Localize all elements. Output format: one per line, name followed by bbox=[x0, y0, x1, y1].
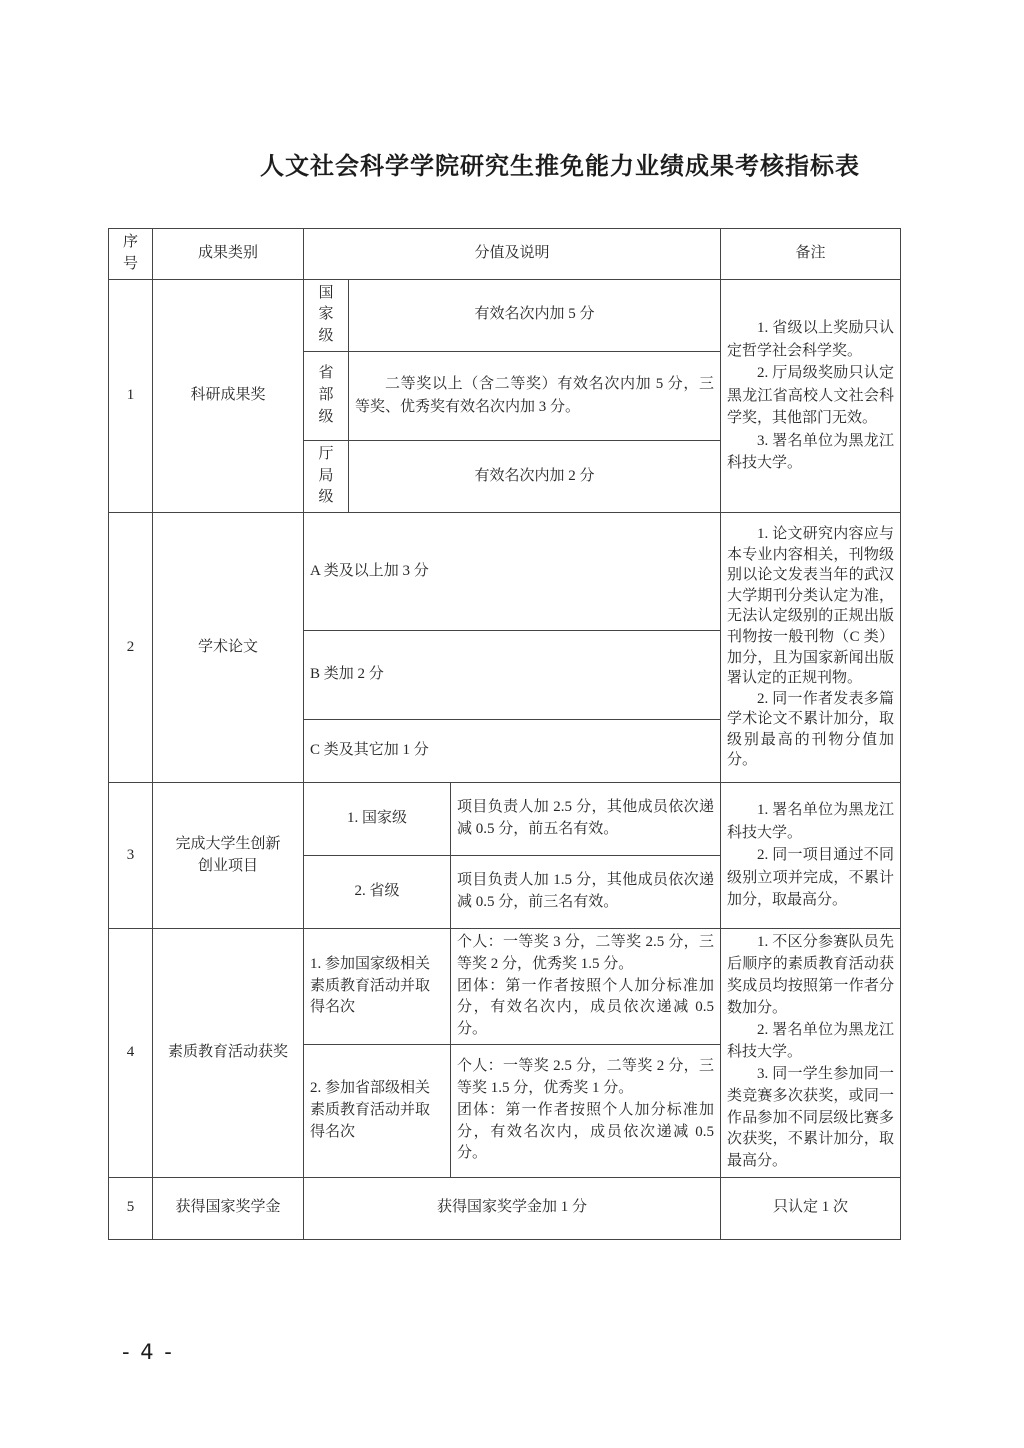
cell-level-label: 1. 国家级 bbox=[304, 783, 451, 856]
remark-paragraph: 2. 厅局级奖励只认定黑龙江省高校人文社会科学奖，其他部门无效。 bbox=[727, 362, 894, 430]
score-desc-paragraph: 团体：第一作者按照个人加分标准加分，有效名次内，成员依次递减 0.5 分。 bbox=[457, 1100, 714, 1165]
score-desc-paragraph: 团体：第一作者按照个人加分标准加分，有效名次内，成员依次递减 0.5 分。 bbox=[457, 976, 714, 1041]
cell-remark: 只认定 1 次 bbox=[721, 1177, 901, 1239]
score-desc-paragraph: 二等奖以上（含二等奖）有效名次内加 5 分，三等奖、优秀奖有效名次内加 3 分。 bbox=[355, 373, 714, 418]
cell-remark: 1. 论文研究内容应与本专业内容相关，刊物级别以论文发表当年的武汉大学期刊分类认… bbox=[721, 513, 901, 783]
score-desc-paragraph: 个人：一等奖 3 分，二等奖 2.5 分，三等奖 2 分，优秀奖 1.5 分。 bbox=[457, 932, 714, 976]
remark-paragraph: 2. 同一项目通过不同级别立项并完成，不累计加分，取最高分。 bbox=[727, 844, 894, 912]
table-row-1a: 1 科研成果奖 国 家 级 有效名次内加 5 分 1. 省级以上奖励只认定哲学社… bbox=[109, 279, 901, 351]
cell-level-label: 省 部 级 bbox=[304, 351, 349, 440]
cell-index: 3 bbox=[109, 783, 153, 929]
cell-category: 科研成果奖 bbox=[153, 279, 304, 513]
table-row-2a: 2 学术论文 A 类及以上加 3 分 1. 论文研究内容应与本专业内容相关，刊物… bbox=[109, 513, 901, 631]
remark-paragraph: 1. 省级以上奖励只认定哲学社会科学奖。 bbox=[727, 317, 894, 362]
cell-index: 2 bbox=[109, 513, 153, 783]
remark-paragraph: 2. 署名单位为黑龙江科技大学。 bbox=[727, 1020, 894, 1064]
assessment-table: 序 号 成果类别 分值及说明 备注 1 科研成果奖 国 家 级 有效名次内加 5… bbox=[108, 228, 901, 1240]
cell-category: 素质教育活动获奖 bbox=[153, 929, 304, 1178]
cell-level-label: 2. 省级 bbox=[304, 856, 451, 929]
cell-remark: 1. 不区分参赛队员先后顺序的素质教育活动获奖成员均按照第一作者分数加分。 2.… bbox=[721, 929, 901, 1178]
cell-category: 完成大学生创新 创业项目 bbox=[153, 783, 304, 929]
cell-score-desc: C 类及其它加 1 分 bbox=[304, 720, 721, 783]
score-desc-paragraph: 项目负责人加 2.5 分，其他成员依次递减 0.5 分，前五名有效。 bbox=[457, 797, 714, 841]
table-row-5: 5 获得国家奖学金 获得国家奖学金加 1 分 只认定 1 次 bbox=[109, 1177, 901, 1239]
header-index-cell: 序 号 bbox=[109, 229, 153, 280]
cell-score-desc: A 类及以上加 3 分 bbox=[304, 513, 721, 631]
cell-score-desc: 有效名次内加 5 分 bbox=[349, 279, 721, 351]
cell-index: 5 bbox=[109, 1177, 153, 1239]
remark-paragraph: 3. 署名单位为黑龙江科技大学。 bbox=[727, 430, 894, 475]
cell-score-desc: 二等奖以上（含二等奖）有效名次内加 5 分，三等奖、优秀奖有效名次内加 3 分。 bbox=[349, 351, 721, 440]
score-desc-paragraph: 项目负责人加 1.5 分，其他成员依次递减 0.5 分，前三名有效。 bbox=[457, 870, 714, 914]
cell-category: 获得国家奖学金 bbox=[153, 1177, 304, 1239]
cell-score-desc: B 类加 2 分 bbox=[304, 631, 721, 720]
cell-score-desc: 个人：一等奖 3 分，二等奖 2.5 分，三等奖 2 分，优秀奖 1.5 分。 … bbox=[451, 929, 721, 1045]
header-category-cell: 成果类别 bbox=[153, 229, 304, 280]
cell-category: 学术论文 bbox=[153, 513, 304, 783]
cell-score-desc: 项目负责人加 1.5 分，其他成员依次递减 0.5 分，前三名有效。 bbox=[451, 856, 721, 929]
remark-paragraph: 1. 不区分参赛队员先后顺序的素质教育活动获奖成员均按照第一作者分数加分。 bbox=[727, 932, 894, 1020]
table-row-3a: 3 完成大学生创新 创业项目 1. 国家级 项目负责人加 2.5 分，其他成员依… bbox=[109, 783, 901, 856]
cell-level-label: 1. 参加国家级相关素质教育活动并取得名次 bbox=[304, 929, 451, 1045]
remark-paragraph: 1. 署名单位为黑龙江科技大学。 bbox=[727, 799, 894, 844]
cell-score-desc: 获得国家奖学金加 1 分 bbox=[304, 1177, 721, 1239]
cell-score-desc: 个人：一等奖 2.5 分，二等奖 2 分，三等奖 1.5 分，优秀奖 1 分。 … bbox=[451, 1044, 721, 1177]
cell-level-label: 国 家 级 bbox=[304, 279, 349, 351]
header-score-cell: 分值及说明 bbox=[304, 229, 721, 280]
score-desc-paragraph: 个人：一等奖 2.5 分，二等奖 2 分，三等奖 1.5 分，优秀奖 1 分。 bbox=[457, 1056, 714, 1100]
cell-score-desc: 项目负责人加 2.5 分，其他成员依次递减 0.5 分，前五名有效。 bbox=[451, 783, 721, 856]
page-number: - 4 - bbox=[122, 1340, 174, 1364]
header-row: 序 号 成果类别 分值及说明 备注 bbox=[109, 229, 901, 280]
header-remark-cell: 备注 bbox=[721, 229, 901, 280]
remark-paragraph: 2. 同一作者发表多篇学术论文不累计加分，取级别最高的刊物分值加分。 bbox=[727, 689, 894, 771]
cell-score-desc: 有效名次内加 2 分 bbox=[349, 440, 721, 512]
cell-level-label: 厅 局 级 bbox=[304, 440, 349, 512]
remark-paragraph: 1. 论文研究内容应与本专业内容相关，刊物级别以论文发表当年的武汉大学期刊分类认… bbox=[727, 524, 894, 688]
cell-level-label: 2. 参加省部级相关素质教育活动并取得名次 bbox=[304, 1044, 451, 1177]
cell-remark: 1. 省级以上奖励只认定哲学社会科学奖。 2. 厅局级奖励只认定黑龙江省高校人文… bbox=[721, 279, 901, 513]
cell-index: 4 bbox=[109, 929, 153, 1178]
remark-paragraph: 3. 同一学生参加同一类竞赛多次获奖，或同一作品参加不同层级比赛多次获奖，不累计… bbox=[727, 1064, 894, 1173]
page-title: 人文社会科学学院研究生推免能力业绩成果考核指标表 bbox=[96, 146, 1024, 181]
table-row-4a: 4 素质教育活动获奖 1. 参加国家级相关素质教育活动并取得名次 个人：一等奖 … bbox=[109, 929, 901, 1045]
cell-remark: 1. 署名单位为黑龙江科技大学。 2. 同一项目通过不同级别立项并完成，不累计加… bbox=[721, 783, 901, 929]
cell-index: 1 bbox=[109, 279, 153, 513]
